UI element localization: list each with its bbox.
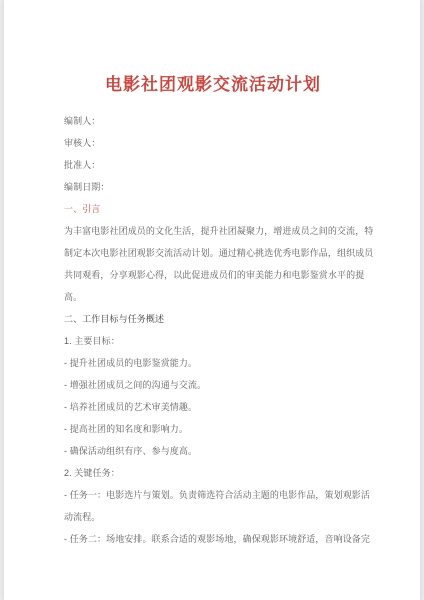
- doc-text-line: - 提高社团的知名度和影响力。: [64, 418, 362, 440]
- sections-block: 一、引言为丰富电影社团成员的文化生活，提升社团凝聚力，增进成员之间的交流，特制定…: [64, 198, 362, 550]
- doc-text-line: 1. 主要目标：: [64, 330, 362, 352]
- document-page: 电影社团观影交流活动计划 编制人：审核人：批准人：编制日期： 一、引言为丰富电影…: [4, 0, 420, 600]
- document-title: 电影社团观影交流活动计划: [64, 70, 362, 95]
- doc-text-line: 高。: [64, 286, 362, 308]
- meta-label-line: 审核人：: [64, 132, 362, 154]
- meta-label-line: 编制人：: [64, 110, 362, 132]
- doc-text-line: - 任务一：电影选片与策划。负责筛选符合活动主题的电影作品，策划观影活: [64, 484, 362, 506]
- section-heading: 一、引言: [64, 198, 362, 220]
- doc-text-line: 2. 关键任务：: [64, 462, 362, 484]
- doc-text-line: 为丰富电影社团成员的文化生活，提升社团凝聚力，增进成员之间的交流，特: [64, 220, 362, 242]
- document-viewport: 电影社团观影交流活动计划 编制人：审核人：批准人：编制日期： 一、引言为丰富电影…: [0, 0, 424, 600]
- doc-text-line: - 培养社团成员的艺术审美情趣。: [64, 396, 362, 418]
- meta-block: 编制人：审核人：批准人：编制日期：: [64, 110, 362, 198]
- section-heading: 二、工作目标与任务概述: [64, 308, 362, 330]
- meta-label-line: 编制日期：: [64, 176, 362, 198]
- doc-text-line: - 任务二：场地安排。联系合适的观影场地，确保观影环境舒适，音响设备完: [64, 528, 362, 550]
- doc-text-line: - 确保活动组织有序、参与度高。: [64, 440, 362, 462]
- doc-text-line: 制定本次电影社团观影交流活动计划。通过精心挑选优秀电影作品，组织成员: [64, 242, 362, 264]
- meta-label-line: 批准人：: [64, 154, 362, 176]
- doc-text-line: 动流程。: [64, 506, 362, 528]
- doc-text-line: 共同观看，分享观影心得，以此促进成员们的审美能力和电影鉴赏水平的提: [64, 264, 362, 286]
- doc-text-line: - 提升社团成员的电影鉴赏能力。: [64, 352, 362, 374]
- doc-text-line: - 增强社团成员之间的沟通与交流。: [64, 374, 362, 396]
